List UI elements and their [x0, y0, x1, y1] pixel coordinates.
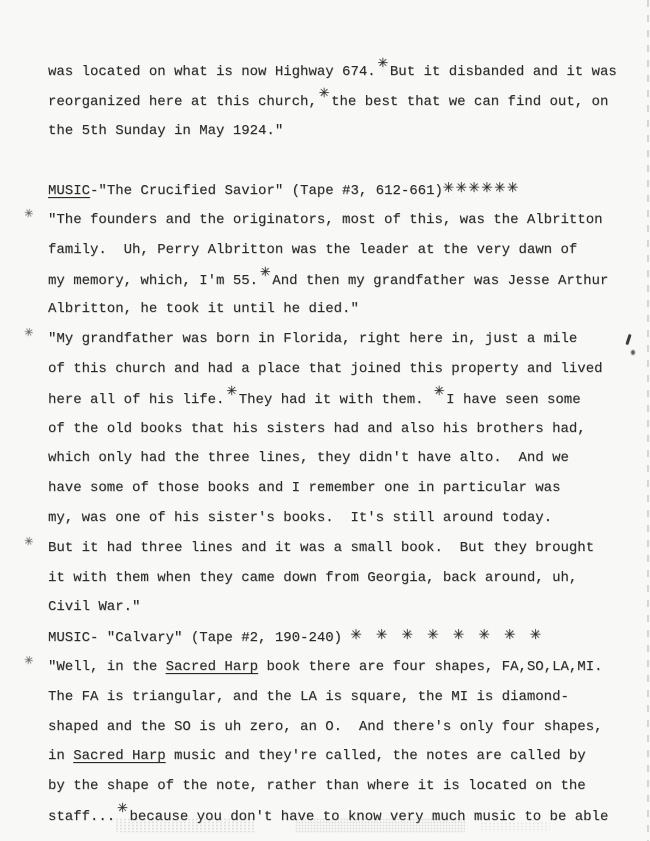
text-line: was located on what is now Highway 674.✳… — [48, 63, 640, 93]
text-line — [48, 152, 640, 182]
margin-asterisk-icon: ✳ — [22, 323, 34, 342]
asterisk-run-icon: ✳✳✳✳✳✳ — [443, 178, 520, 198]
text-line: of the old books that his sisters had an… — [48, 421, 640, 451]
text-run: in — [48, 748, 73, 764]
text-run: reorganized here at this church, — [48, 94, 317, 110]
text-line: have some of those books and I remember … — [48, 480, 640, 510]
text-run: -"The Crucified Savior" (Tape #3, 612-66… — [90, 183, 443, 199]
footnote-asterisk-icon: ✳ — [117, 800, 127, 817]
margin-asterisk-icon: ✳ — [22, 204, 34, 223]
text-line: here all of his life.✳They had it with t… — [48, 391, 640, 421]
ink-dot — [631, 350, 635, 355]
text-run: book there are four shapes, FA,SO,LA,MI. — [258, 659, 602, 675]
text-run: The FA is triangular, and the LA is squa… — [48, 689, 569, 705]
text-run: because you don't have to know very much… — [129, 809, 608, 825]
text-run: "Well, in the — [48, 659, 166, 675]
margin-asterisk-icon: ✳ — [22, 532, 34, 551]
text-run: of this church and had a place that join… — [48, 361, 603, 377]
text-run: And then my grandfather was Jesse Arthur — [272, 273, 608, 289]
text-run: of the old books that his sisters had an… — [48, 421, 586, 437]
text-run: MUSIC- "Calvary" (Tape #2, 190-240) — [48, 630, 350, 646]
text-run: "My grandfather was born in Florida, rig… — [48, 331, 577, 347]
text-line: The FA is triangular, and the LA is squa… — [48, 689, 640, 719]
text-run: But it had three lines and it was a smal… — [48, 540, 594, 556]
footnote-asterisk-icon: ✳ — [319, 85, 329, 102]
footnote-asterisk-icon: ✳ — [226, 383, 236, 400]
text-run: the best that we can find out, on — [331, 94, 608, 110]
text-line: ✳"My grandfather was born in Florida, ri… — [48, 331, 640, 361]
footnote-asterisk-icon: ✳ — [434, 383, 444, 400]
text-run: They had it with them. — [239, 392, 432, 408]
text-run: the 5th Sunday in May 1924." — [48, 123, 283, 139]
text-line: which only had the three lines, they did… — [48, 450, 640, 480]
text-run: Albritton, he took it until he died." — [48, 301, 359, 317]
text-run: here all of his life. — [48, 392, 224, 408]
text-run: Civil War." — [48, 599, 140, 615]
text-run: my, was one of his sister's books. It's … — [48, 510, 552, 526]
text-line: family. Uh, Perry Albritton was the lead… — [48, 242, 640, 272]
text-line: in Sacred Harp music and they're called,… — [48, 748, 640, 778]
text-block: was located on what is now Highway 674.✳… — [48, 63, 640, 838]
text-line: by the shape of the note, rather than wh… — [48, 778, 640, 808]
underlined-text: Sacred Harp — [73, 748, 165, 764]
text-line: ✳But it had three lines and it was a sma… — [48, 540, 640, 570]
text-run: it with them when they came down from Ge… — [48, 570, 577, 586]
text-line: Civil War." — [48, 599, 640, 629]
text-run: my memory, which, I'm 55. — [48, 273, 258, 289]
text-run: family. Uh, Perry Albritton was the lead… — [48, 242, 577, 258]
text-line: of this church and had a place that join… — [48, 361, 640, 391]
asterisk-run-icon: ✳ ✳ ✳ ✳ ✳ ✳ ✳ ✳ — [350, 625, 542, 645]
text-line: the 5th Sunday in May 1924." — [48, 123, 640, 153]
margin-asterisk-icon: ✳ — [22, 651, 34, 670]
text-line: MUSIC- "Calvary" (Tape #2, 190-240) ✳ ✳ … — [48, 629, 640, 659]
underlined-text: Sacred Harp — [166, 659, 258, 675]
text-run: "The founders and the originators, most … — [48, 212, 603, 228]
text-run: was located on what is now Highway 674. — [48, 64, 376, 80]
text-line: ✳"The founders and the originators, most… — [48, 212, 640, 242]
text-run: I have seen some — [446, 392, 580, 408]
footnote-asterisk-icon: ✳ — [260, 264, 270, 281]
text-line: my, was one of his sister's books. It's … — [48, 510, 640, 540]
text-run: staff... — [48, 809, 115, 825]
footnote-asterisk-icon: ✳ — [378, 55, 388, 72]
text-run: music and they're called, the notes are … — [166, 748, 586, 764]
text-run: But it disbanded and it was — [390, 64, 617, 80]
text-run: have some of those books and I remember … — [48, 480, 560, 496]
text-line: MUSIC-"The Crucified Savior" (Tape #3, 6… — [48, 182, 640, 212]
underlined-text: MUSIC — [48, 183, 90, 199]
text-line: shaped and the SO is uh zero, an O. And … — [48, 719, 640, 749]
document-page: was located on what is now Highway 674.✳… — [0, 0, 650, 841]
text-line: reorganized here at this church,✳the bes… — [48, 93, 640, 123]
text-run: shaped and the SO is uh zero, an O. And … — [48, 719, 603, 735]
text-line: Albritton, he took it until he died." — [48, 301, 640, 331]
text-run: which only had the three lines, they did… — [48, 450, 569, 466]
text-line: my memory, which, I'm 55.✳And then my gr… — [48, 272, 640, 302]
page-edge-line — [647, 0, 649, 841]
text-line: it with them when they came down from Ge… — [48, 570, 640, 600]
text-run: by the shape of the note, rather than wh… — [48, 778, 586, 794]
text-line: ✳"Well, in the Sacred Harp book there ar… — [48, 659, 640, 689]
text-line: staff...✳because you don't have to know … — [48, 808, 640, 838]
